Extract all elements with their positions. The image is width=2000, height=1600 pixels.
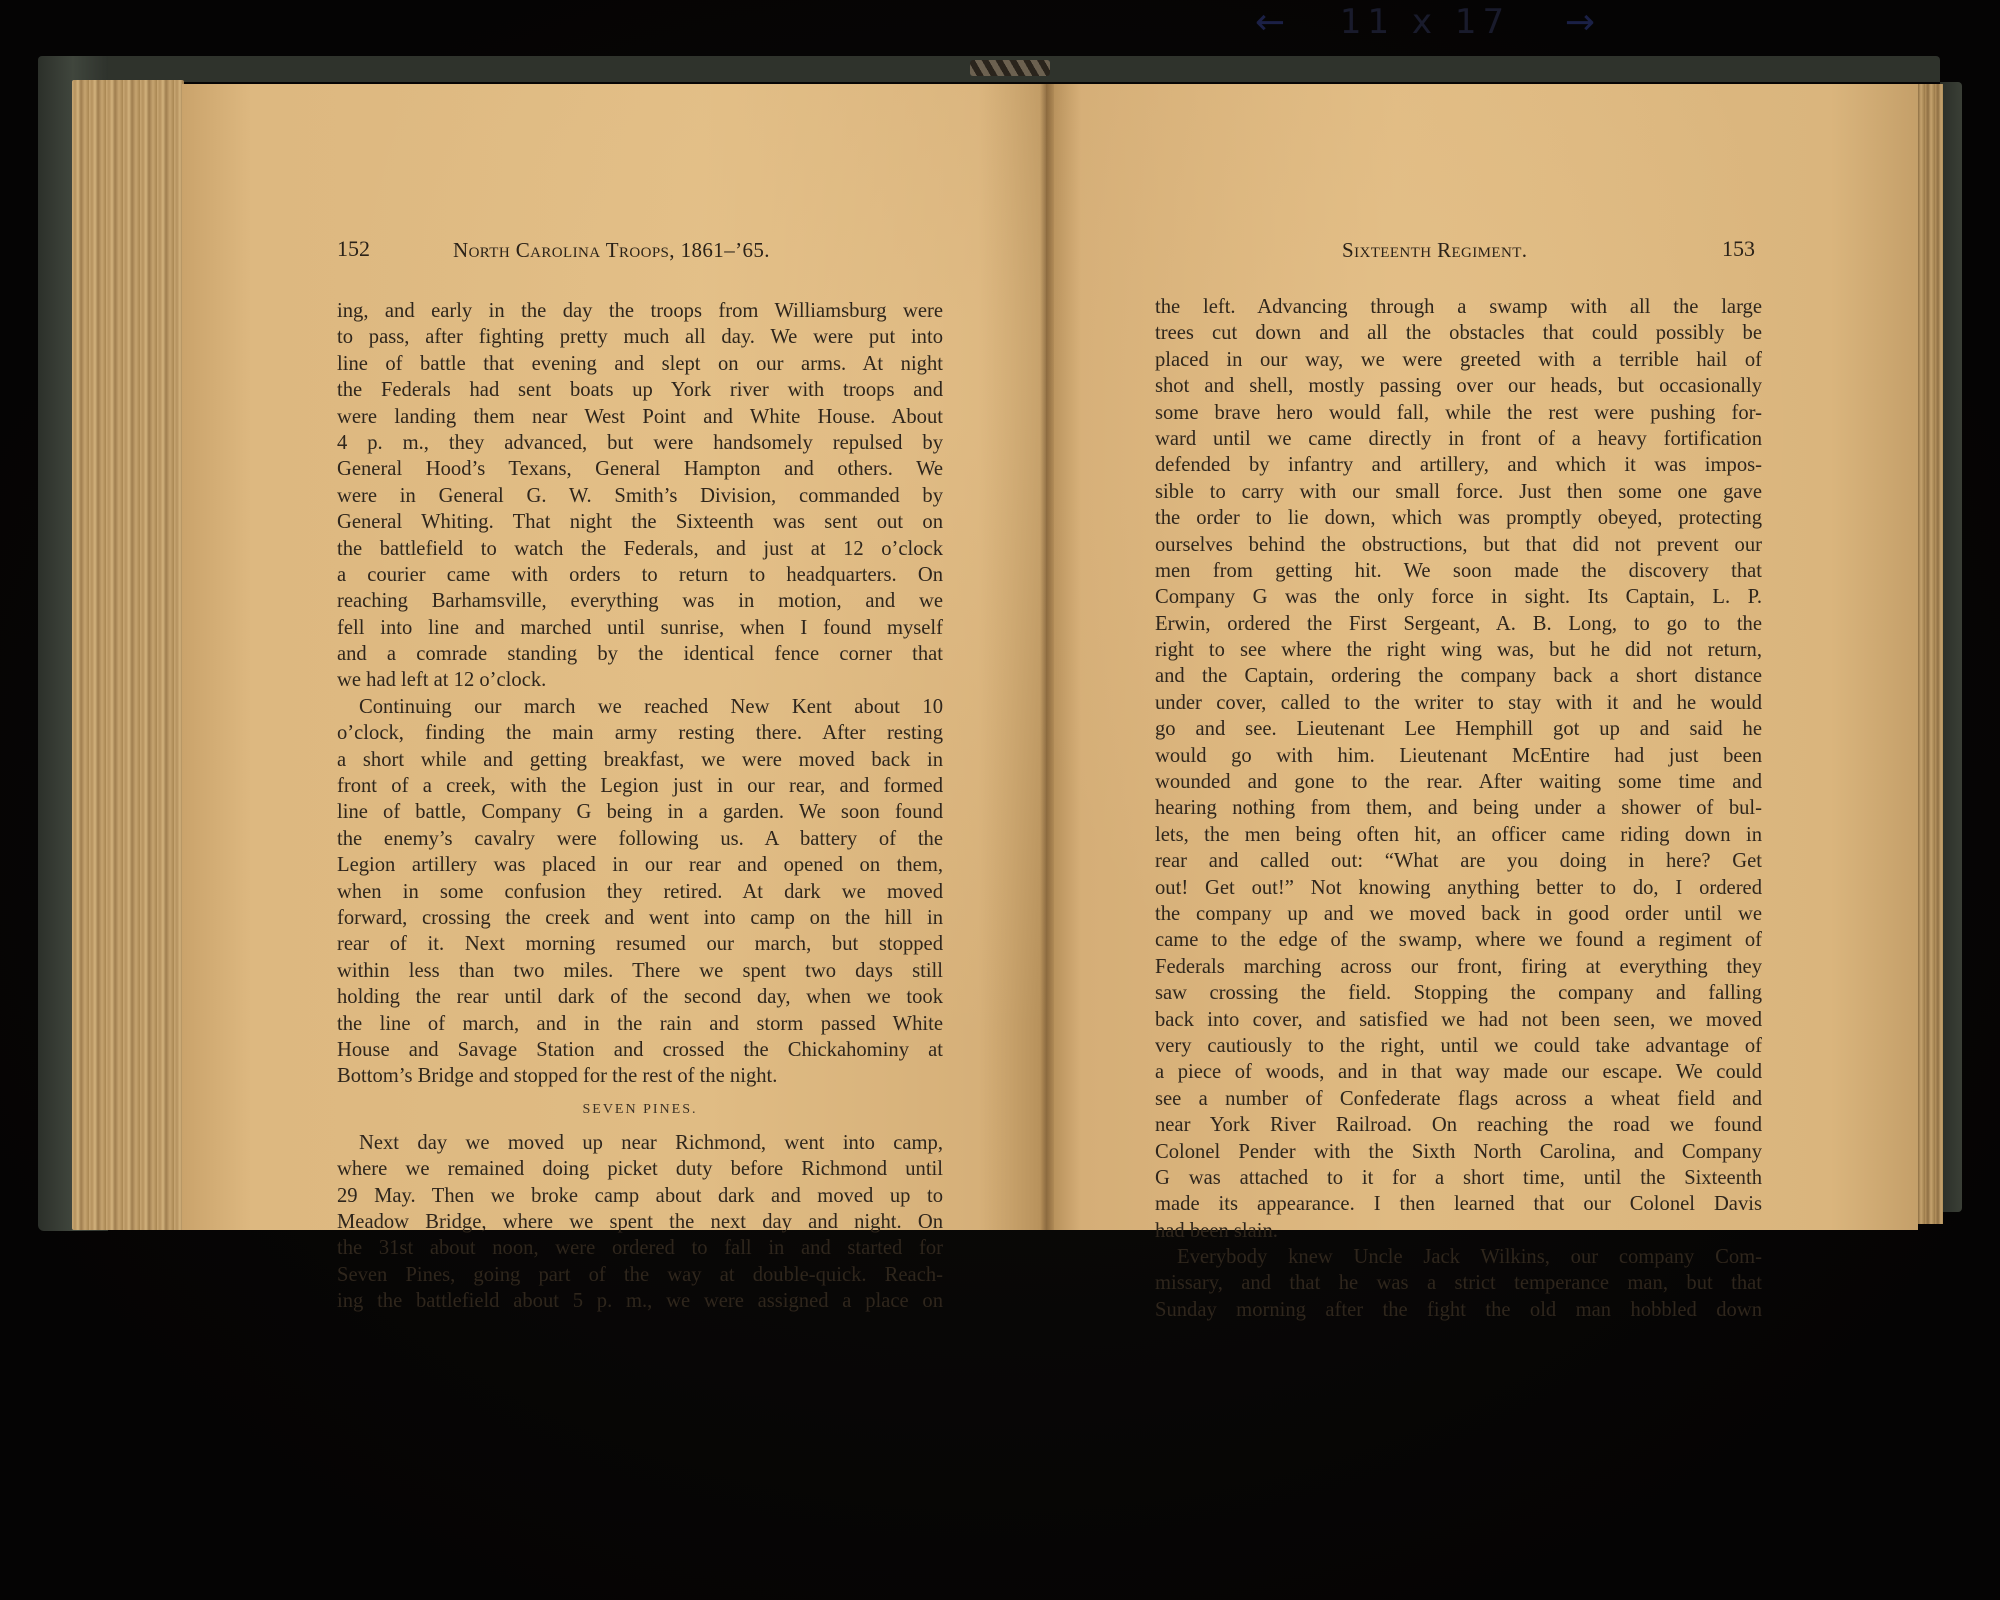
right-running-head: Sixteenth Regiment. xyxy=(1342,238,1527,263)
text-line: to pass, after fighting pretty much all … xyxy=(337,324,943,350)
text-line: rear of it. Next morning resumed our mar… xyxy=(337,931,943,957)
text-line: out! Get out!” Not knowing anything bett… xyxy=(1155,875,1762,901)
text-line: Colonel Pender with the Sixth North Caro… xyxy=(1155,1139,1762,1165)
text-line: o’clock, finding the main army resting t… xyxy=(337,720,943,746)
text-line: and a comrade standing by the identical … xyxy=(337,641,943,667)
text-line: the company up and we moved back in good… xyxy=(1155,901,1762,927)
text-line: General Hood’s Texans, General Hampton a… xyxy=(337,456,943,482)
text-line: under cover, called to the writer to sta… xyxy=(1155,690,1762,716)
book-scan-scene: ← 11 x 17 → 152 North Carolina Troops, 1… xyxy=(0,0,2000,1600)
text-line: some brave hero would fall, while the re… xyxy=(1155,400,1762,426)
text-line: G was attached to it for a short time, u… xyxy=(1155,1165,1762,1191)
text-line: rear and called out: “What are you doing… xyxy=(1155,848,1762,874)
text-line: we had left at 12 o’clock. xyxy=(337,667,943,693)
text-line: see a number of Confederate flags across… xyxy=(1155,1086,1762,1112)
right-page-number: 153 xyxy=(1722,236,1755,262)
page-edges-left xyxy=(72,80,184,1230)
text-line: trees cut down and all the obstacles tha… xyxy=(1155,320,1762,346)
text-line: 29 May. Then we broke camp about dark an… xyxy=(337,1183,943,1209)
text-line: defended by infantry and artillery, and … xyxy=(1155,452,1762,478)
text-line: holding the rear until dark of the secon… xyxy=(337,984,943,1010)
size-label: 11 x 17 xyxy=(1340,2,1510,42)
text-line: placed in our way, we were greeted with … xyxy=(1155,347,1762,373)
text-line: very cautiously to the right, until we c… xyxy=(1155,1033,1762,1059)
text-line: the 31st about noon, were ordered to fal… xyxy=(337,1235,943,1261)
text-line: Company G was the only force in sight. I… xyxy=(1155,584,1762,610)
book-cover-right xyxy=(1940,82,1962,1212)
text-line: ourselves behind the obstructions, but t… xyxy=(1155,532,1762,558)
text-line: were in General G. W. Smith’s Division, … xyxy=(337,483,943,509)
text-line: Bottom’s Bridge and stopped for the rest… xyxy=(337,1063,943,1089)
left-page-body: ing, and early in the day the troops fro… xyxy=(337,298,943,1314)
text-line: the battlefield to watch the Federals, a… xyxy=(337,536,943,562)
text-line: Sunday morning after the fight the old m… xyxy=(1155,1297,1762,1323)
text-line: near York River Railroad. On reaching th… xyxy=(1155,1112,1762,1138)
text-line: Federals marching across our front, firi… xyxy=(1155,954,1762,980)
text-line: reaching Barhamsville, everything was in… xyxy=(337,588,943,614)
book-gutter xyxy=(1040,84,1054,1230)
text-line: the Federals had sent boats up York rive… xyxy=(337,377,943,403)
text-line: Next day we moved up near Richmond, went… xyxy=(337,1130,943,1156)
text-line: ing, and early in the day the troops fro… xyxy=(337,298,943,324)
text-line: front of a creek, with the Legion just i… xyxy=(337,773,943,799)
arrow-left-icon: ← xyxy=(1255,2,1285,43)
text-line: fell into line and marched until sunrise… xyxy=(337,615,943,641)
text-line: Everybody knew Uncle Jack Wilkins, our c… xyxy=(1155,1244,1762,1270)
text-line: within less than two miles. There we spe… xyxy=(337,958,943,984)
text-line: shot and shell, mostly passing over our … xyxy=(1155,373,1762,399)
text-line: lets, the men being often hit, an office… xyxy=(1155,822,1762,848)
text-line: a piece of woods, and in that way made o… xyxy=(1155,1059,1762,1085)
text-line: a short while and getting breakfast, we … xyxy=(337,747,943,773)
text-line: when in some confusion they retired. At … xyxy=(337,879,943,905)
arrow-right-icon: → xyxy=(1565,2,1595,43)
text-line: a courier came with orders to return to … xyxy=(337,562,943,588)
text-line: forward, crossing the creek and went int… xyxy=(337,905,943,931)
text-line: where we remained doing picket duty befo… xyxy=(337,1156,943,1182)
page-edges-right xyxy=(1915,84,1943,1224)
text-line: the enemy’s cavalry were following us. A… xyxy=(337,826,943,852)
text-line: the order to lie down, which was promptl… xyxy=(1155,505,1762,531)
left-running-head: North Carolina Troops, 1861–’65. xyxy=(453,238,770,263)
text-line: saw crossing the field. Stopping the com… xyxy=(1155,980,1762,1006)
text-line: men from getting hit. We soon made the d… xyxy=(1155,558,1762,584)
text-line: General Whiting. That night the Sixteent… xyxy=(337,509,943,535)
text-line: 4 p. m., they advanced, but were handsom… xyxy=(337,430,943,456)
text-line: line of battle, Company G being in a gar… xyxy=(337,799,943,825)
book-headband xyxy=(970,60,1050,76)
text-line: were landing them near West Point and Wh… xyxy=(337,404,943,430)
text-line: Seven Pines, going part of the way at do… xyxy=(337,1262,943,1288)
right-page-body: the left. Advancing through a swamp with… xyxy=(1155,294,1762,1323)
left-page-number: 152 xyxy=(337,236,370,262)
text-line: ward until we came directly in front of … xyxy=(1155,426,1762,452)
text-line: House and Savage Station and crossed the… xyxy=(337,1037,943,1063)
text-line: Meadow Bridge, where we spent the next d… xyxy=(337,1209,943,1235)
text-line: had been slain. xyxy=(1155,1218,1762,1244)
text-line: the line of march, and in the rain and s… xyxy=(337,1011,943,1037)
text-line: line of battle that evening and slept on… xyxy=(337,351,943,377)
text-line: right to see where the right wing was, b… xyxy=(1155,637,1762,663)
text-line: hearing nothing from them, and being und… xyxy=(1155,795,1762,821)
text-line: and the Captain, ordering the company ba… xyxy=(1155,663,1762,689)
text-line: Legion artillery was placed in our rear … xyxy=(337,852,943,878)
text-line: wounded and gone to the rear. After wait… xyxy=(1155,769,1762,795)
text-line: came to the edge of the swamp, where we … xyxy=(1155,927,1762,953)
size-marker: ← 11 x 17 → xyxy=(1255,2,1595,42)
text-line: Erwin, ordered the First Sergeant, A. B.… xyxy=(1155,611,1762,637)
text-line: Continuing our march we reached New Kent… xyxy=(337,694,943,720)
text-line: missary, and that he was a strict temper… xyxy=(1155,1270,1762,1296)
section-heading: SEVEN PINES. xyxy=(337,1090,943,1130)
text-line: made its appearance. I then learned that… xyxy=(1155,1191,1762,1217)
text-line: back into cover, and satisfied we had no… xyxy=(1155,1007,1762,1033)
text-line: ing the battlefield about 5 p. m., we we… xyxy=(337,1288,943,1314)
text-line: go and see. Lieutenant Lee Hemphill got … xyxy=(1155,716,1762,742)
text-line: sible to carry with our small force. Jus… xyxy=(1155,479,1762,505)
text-line: would go with him. Lieutenant McEntire h… xyxy=(1155,743,1762,769)
text-line: the left. Advancing through a swamp with… xyxy=(1155,294,1762,320)
